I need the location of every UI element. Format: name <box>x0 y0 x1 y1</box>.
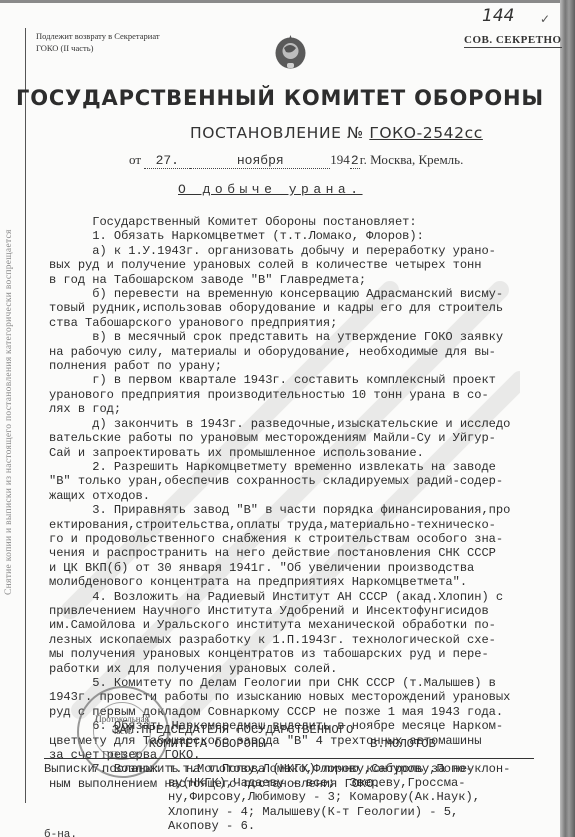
body-line: привлечением Научного Института Удобрени… <box>49 604 554 618</box>
check-mark-icon: ✓ <box>540 12 550 26</box>
distribution-label: Выписки посланы: <box>44 762 160 776</box>
decree-date: от 27.ноября1942г. Москва, Кремль. <box>129 152 463 169</box>
body-line: б) перевести на временную консервацию Ад… <box>49 287 554 301</box>
body-line: в год на Табошарском заводе "В" Главредм… <box>49 273 554 287</box>
body-line: лях в год; <box>49 402 554 416</box>
decree-number: ГОКО-2542сс <box>369 124 483 142</box>
body-line: ства Табошарского уранового предприятия; <box>49 316 554 330</box>
body-line: в) в месячный срок представить на утверж… <box>49 330 554 344</box>
body-line: 3. Приравнять завод "В" в части порядка … <box>49 503 554 517</box>
signer-name: В.МОЛОТОВ <box>370 737 436 751</box>
margin-rule <box>25 28 26 803</box>
body-line: Государственный Комитет Обороны постанов… <box>49 215 554 229</box>
return-note-line: ГОКО (II часть) <box>36 42 160 54</box>
classification-label: СОВ. СЕКРЕТНО <box>464 34 562 48</box>
body-line: "В" только уран,обеспечив сохранность ск… <box>49 474 554 488</box>
body-line: г) в первом квартале 1943г. составить ко… <box>49 373 554 387</box>
signature-title-line: КОМИТЕТА ОБОРОНЫ <box>112 737 353 751</box>
body-line: жащих отходов. <box>49 489 554 503</box>
date-prefix: от <box>129 152 141 167</box>
organization-title: ГОСУДАРСТВЕННЫЙ КОМИТЕТ ОБОРОНЫ <box>0 86 560 110</box>
date-year-suffix: 2 <box>350 153 360 169</box>
ussr-emblem-icon <box>274 34 307 70</box>
body-line: вых руд и получение урановых солей в кол… <box>49 258 554 272</box>
typist-mark: б-на. <box>44 829 77 837</box>
body-line: полнения работ по урану; <box>49 359 554 373</box>
return-note-line: Подлежит возврату в Секретариат <box>36 30 160 42</box>
body-line: 1. Обязать Наркомцветмет (т.т.Ломако, Фл… <box>49 229 554 243</box>
body-line: го и продовольственного снабжения к стро… <box>49 532 554 546</box>
body-line: на рабочую силу, материалы и оборудовани… <box>49 345 554 359</box>
body-line: ектирования,строительства,оплаты труда,м… <box>49 518 554 532</box>
body-line: уранового предприятия производительность… <box>49 388 554 402</box>
body-line: лезных ископаемых разработку к 1.П.1943г… <box>49 633 554 647</box>
body-line: мы получения урановых концентратов из та… <box>49 647 554 661</box>
body-line: д) закончить в 1943г. разведочные,изыска… <box>49 417 554 431</box>
decree-heading: ПОСТАНОВЛЕНИЕ № ГОКО-2542сс <box>190 124 483 142</box>
return-note: Подлежит возврату в Секретариат ГОКО (II… <box>36 30 160 54</box>
body-line: вательские работы по урановым месторожде… <box>49 431 554 445</box>
distribution-line: Акопову - 6. <box>168 819 480 833</box>
distribution-line: Хлопину - 4; Малышеву(К-т Геологии) - 5, <box>168 805 480 819</box>
signature-title-line: ЗАМ.ПРЕДСЕДАТЕЛЯ ГОСУДАРСТВЕННОГО <box>112 723 353 737</box>
distribution-names: т.т.Молотову,Ломако,Флорову,Сабурову,Поп… <box>168 762 480 833</box>
body-line: Сай и запроектировать их промышленное ис… <box>49 446 554 460</box>
body-line: молибденового концентрата на предприятия… <box>49 575 554 589</box>
body-line: работки их для получения урановых солей. <box>49 662 554 676</box>
body-line: чения и распространить на него действие … <box>49 546 554 560</box>
date-year-prefix: 194 <box>330 152 350 167</box>
body-line: 2. Разрешить Наркомцветмету временно изв… <box>49 460 554 474</box>
signature-title: ЗАМ.ПРЕДСЕДАТЕЛЯ ГОСУДАРСТВЕННОГО КОМИТЕ… <box>112 723 353 751</box>
distribution-line: т.т.Молотову,Ломако,Флорову,Сабурову,Поп… <box>168 762 480 776</box>
date-month: ноября <box>190 153 330 169</box>
body-line: товый рудник,использовав оборудование и … <box>49 301 554 315</box>
date-place: г. Москва, Кремль. <box>360 152 464 167</box>
decree-label: ПОСТАНОВЛЕНИЕ № <box>190 124 364 142</box>
divider <box>44 758 534 759</box>
scan-top-edge <box>0 0 575 3</box>
copy-prohibition-note: Снятие копии и выписки из настоящего пос… <box>4 229 14 595</box>
body-line: 4. Возложить на Радиевый Институт АН ССС… <box>49 590 554 604</box>
scan-right-edge <box>560 0 575 837</box>
body-line: и ЦК ВКП(б) от 30 января 1941г. "Об увел… <box>49 561 554 575</box>
distribution-line: ву(НКГК),Чадаеву - все; Звереву,Гроссма- <box>168 776 480 790</box>
decree-subject: О добыче урана. <box>178 182 363 197</box>
date-day: 27. <box>144 153 190 169</box>
folio-number: 144 <box>482 6 514 26</box>
body-line: им.Самойлова и Уральского института меха… <box>49 618 554 632</box>
distribution-line: ну,Фирсову,Любимову - 3; Комарову(Ак.Нау… <box>168 790 480 804</box>
body-line: а) к 1.У.1943г. организовать добычу и пе… <box>49 244 554 258</box>
